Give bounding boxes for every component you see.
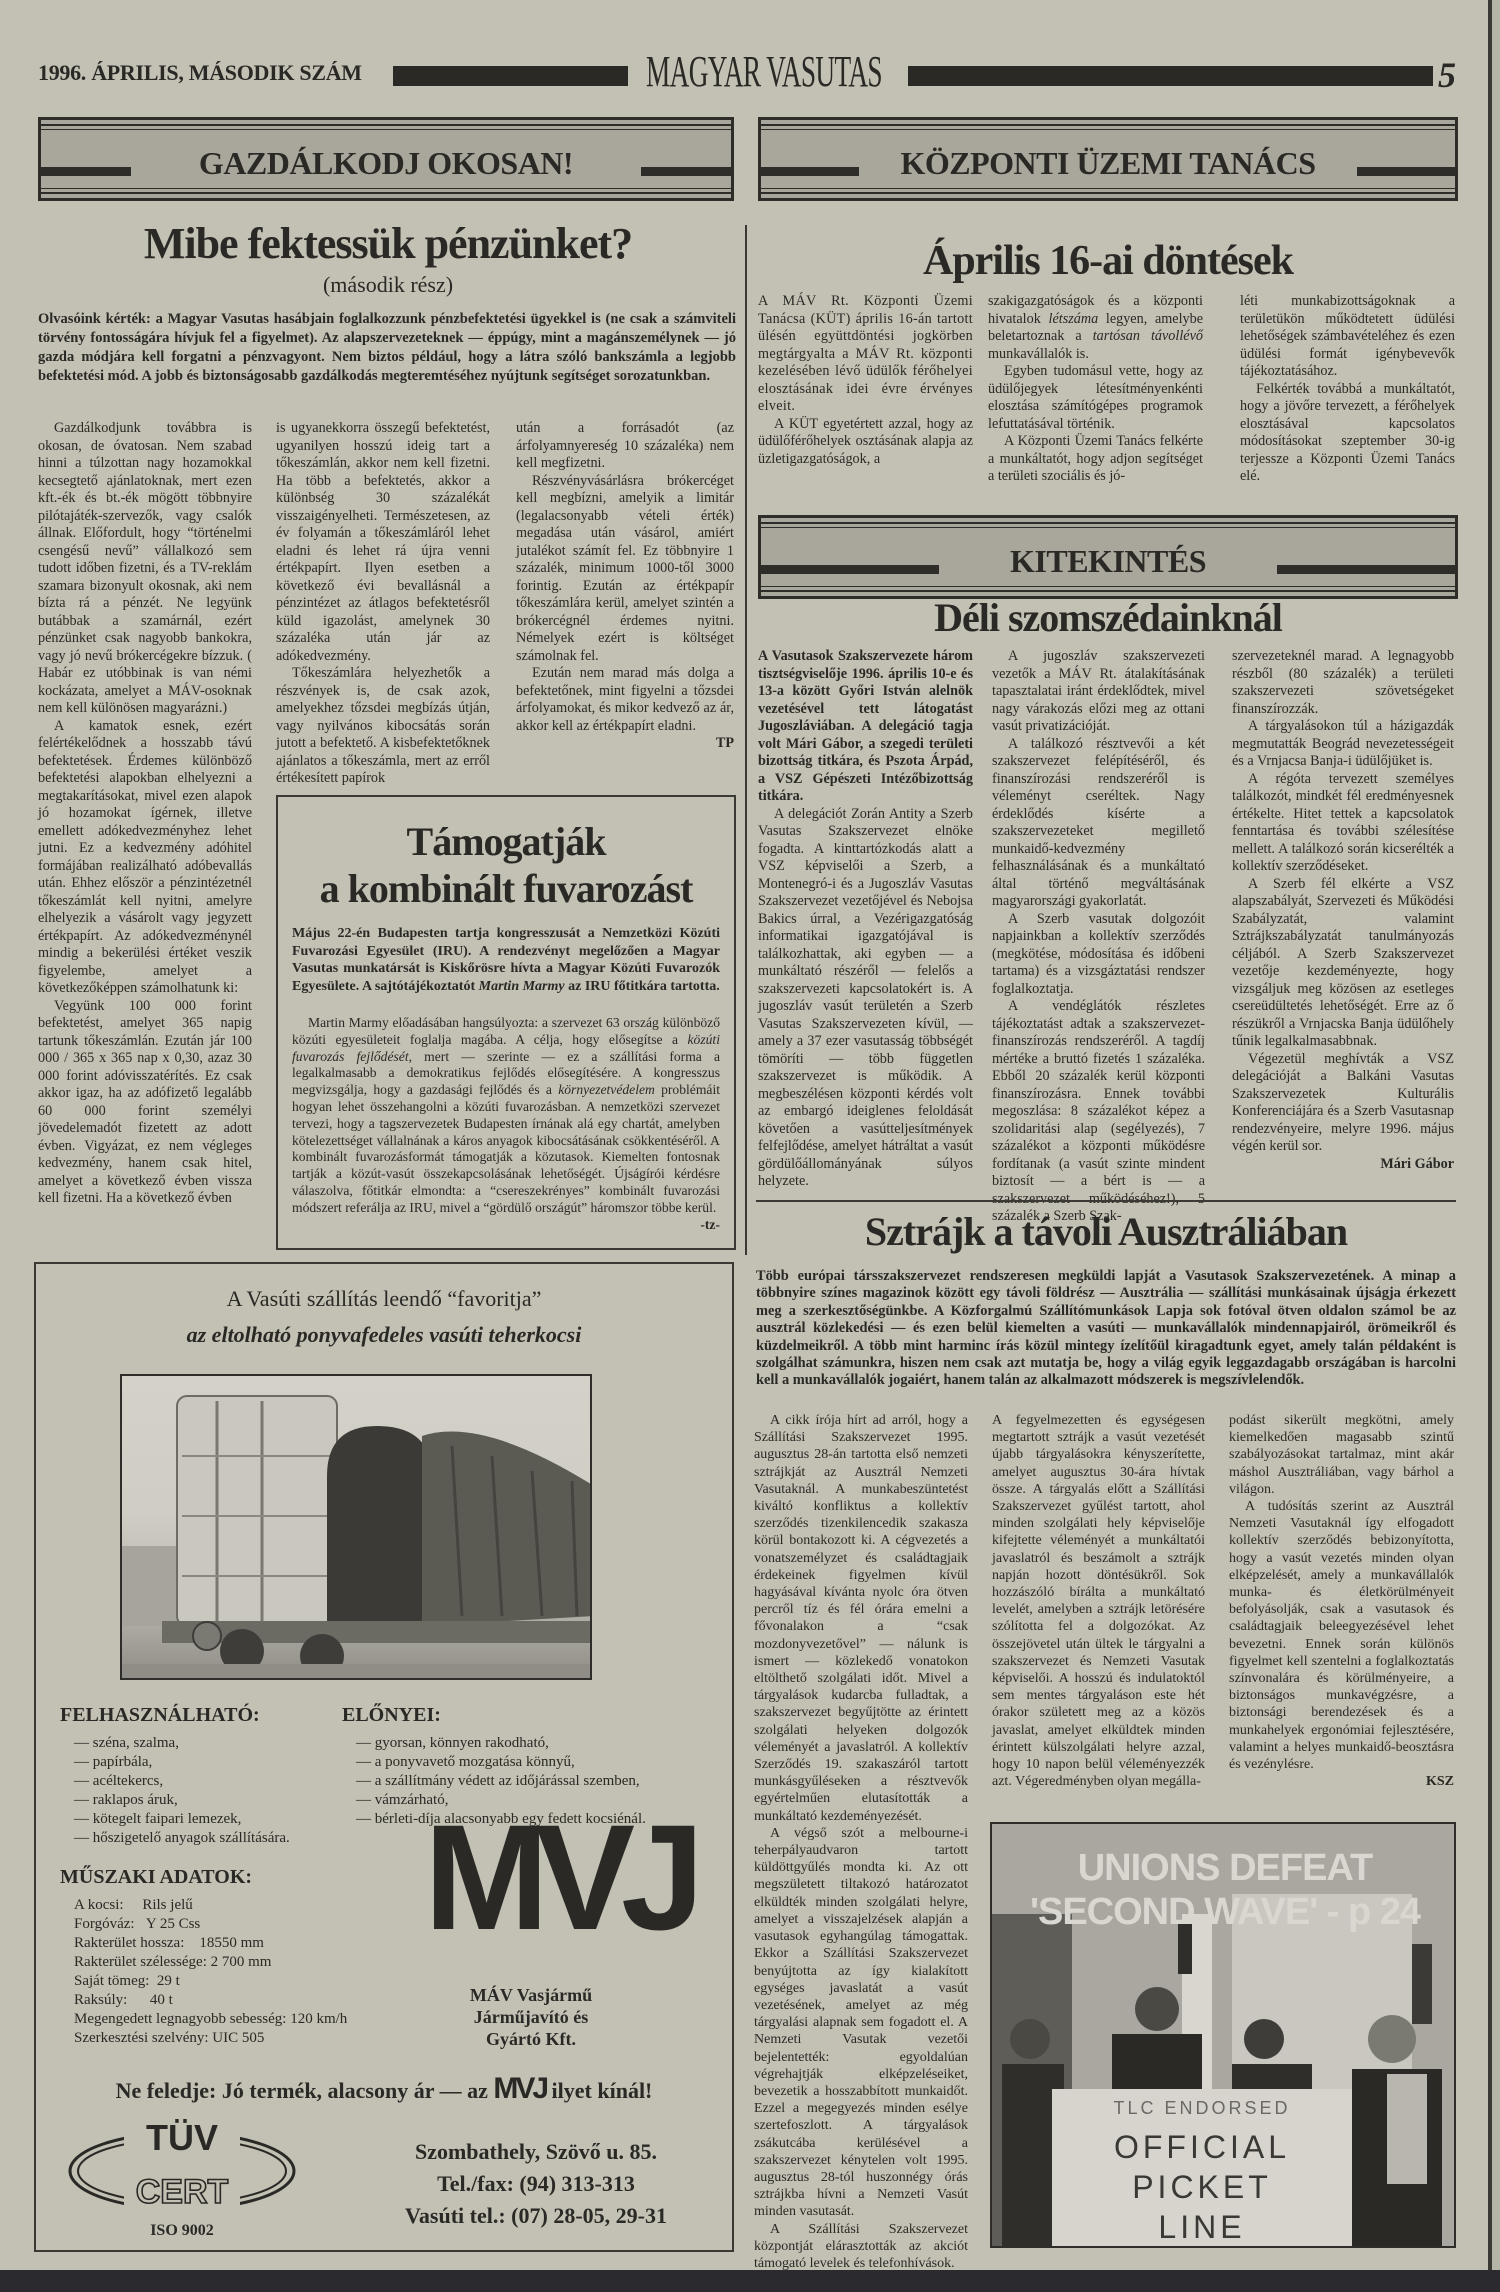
section-title: KITEKINTÉS <box>761 543 1455 580</box>
paragraph: léti munkabizottságoknak a területükön m… <box>1240 293 1455 381</box>
kut-column-2: szakigazgatóságok és a központi hivatalo… <box>988 293 1203 486</box>
page-bottom-edge <box>0 2270 1500 2292</box>
banner-bar <box>1277 565 1455 574</box>
spec-row: Saját tömeg: 29 t <box>74 1972 347 1991</box>
paragraph: A kamatok esnek, ezért felértékelődnek a… <box>38 718 252 998</box>
paragraph: podást sikerült megkötni, amely kiemelke… <box>1229 1412 1454 1498</box>
paragraph: A delegációt Zorán Antity a Szerb Vasuta… <box>758 806 973 1191</box>
spec-row: A kocsi: Rils jelű <box>74 1896 347 1915</box>
author-signature: Mári Gábor <box>1232 1156 1454 1174</box>
paragraph: A Szerb vasutak dolgozóit napjainkban a … <box>992 911 1205 999</box>
cert-top-text: TÜV <box>124 2118 240 2158</box>
advertisement-mvj: A Vasúti szállítás leendő “favoritja” az… <box>34 1262 734 2252</box>
section-title: KÖZPONTI ÜZEMI TANÁCS <box>761 145 1455 182</box>
spec-row: Rakterület szélessége: 2 700 mm <box>74 1953 347 1972</box>
section-divider <box>756 1200 1456 1202</box>
paragraph: Ezután nem marad más dolga a befektetőne… <box>516 665 734 735</box>
kut-column-3: léti munkabizottságoknak a területükön m… <box>1240 293 1455 486</box>
boxed-signature: -tz- <box>292 1217 720 1234</box>
banner-bar <box>1357 167 1455 176</box>
photo-headline: UNIONS DEFEAT 'SECOND WAVE' - p 24 <box>992 1846 1456 1934</box>
address: Szombathely, Szövő u. 85. <box>366 2136 706 2168</box>
newspaper-page: 1996. ÁPRILIS, MÁSODIK SZÁM MAGYAR VASUT… <box>0 0 1492 2270</box>
boxed-lead: Május 22-én Budapesten tartja kongresszu… <box>292 925 720 995</box>
rail-tel: Vasúti tel.: (07) 28-05, 29-31 <box>366 2200 706 2232</box>
strike-column-3: podást sikerült megkötni, amely kiemelke… <box>1229 1412 1454 1790</box>
paragraph: szervezeteknél marad. A legnagyobb részb… <box>1232 648 1454 718</box>
issue-date: 1996. ÁPRILIS, MÁSODIK SZÁM <box>38 60 362 86</box>
deli-headline: Déli szomszédainknál <box>758 598 1458 638</box>
list-item: acéltekercs, <box>74 1772 290 1791</box>
mvj-logo: MVJ <box>424 1802 690 1952</box>
spec-row: Forgóváz: Y 25 Css <box>74 1915 347 1934</box>
specs-list: A kocsi: Rils jelű Forgóváz: Y 25 Css Ra… <box>74 1896 347 2048</box>
contact-info: Szombathely, Szövő u. 85. Tel./fax: (94)… <box>366 2136 706 2232</box>
masthead-bar-right <box>908 66 1433 86</box>
newspaper-title: MAGYAR VASUTAS <box>646 46 882 97</box>
paragraph: A végső szót a melbourne-i teherpályaudv… <box>754 1825 968 2221</box>
usable-list: széna, szalma, papírbála, acéltekercs, r… <box>74 1734 290 1848</box>
spec-row: Megengedett legnagyobb sebesség: 120 km/… <box>74 2010 347 2029</box>
paragraph: A Szerb fél elkérte a VSZ alapszabályát,… <box>1232 876 1454 1051</box>
paragraph: A Központi Üzemi Tanács felkérte a munká… <box>988 433 1203 486</box>
tel-fax: Tel./fax: (94) 313-313 <box>366 2168 706 2200</box>
paragraph: is ugyanekkorra összegű befektetést, ugy… <box>276 420 490 665</box>
paragraph: A fegyelmezetten és egységesen megtartot… <box>992 1412 1205 1790</box>
paragraph: A cikk írója hírt ad arról, hogy a Száll… <box>754 1412 968 1825</box>
usable-heading: FELHASZNÁLHATÓ: <box>60 1704 260 1727</box>
paragraph: A KÜT egyetértett azzal, hogy az üdülőfé… <box>758 416 973 469</box>
article-column-2: is ugyanekkorra összegű befektetést, ugy… <box>276 420 490 788</box>
paragraph: A jugoszláv szakszervezeti vezetők a MÁV… <box>992 648 1205 736</box>
railcar-image-icon <box>122 1376 592 1680</box>
picket-sign: TLC ENDORSED OFFICIAL PICKET LINE <box>1052 2098 1352 2247</box>
section-banner-kut: KÖZPONTI ÜZEMI TANÁCS <box>758 117 1458 201</box>
paragraph: A vendéglátók részletes tájékoztatást ad… <box>992 998 1205 1226</box>
boxed-headline-line2: a kombinált fuvarozást <box>278 869 734 909</box>
list-item: széna, szalma, <box>74 1734 290 1753</box>
cert-bottom-text: CERT <box>120 2172 244 2212</box>
paragraph: Vegyünk 100 000 forint befektetést, amel… <box>38 998 252 1208</box>
boxed-article: Támogatják a kombinált fuvarozást Május … <box>276 795 736 1250</box>
paragraph: A tárgyalásokon túl a házigazdák megmuta… <box>1232 718 1454 771</box>
article-column-3: után a forrásadót (az árfolyamnyereség 1… <box>516 420 734 753</box>
spec-row: Raksúly: 40 t <box>74 1991 347 2010</box>
masthead: 1996. ÁPRILIS, MÁSODIK SZÁM MAGYAR VASUT… <box>38 52 1458 92</box>
paragraph: szakigazgatóságok és a központi hivatalo… <box>988 293 1203 363</box>
paragraph: Végezetül meghívták a VSZ delegációját a… <box>1232 1051 1454 1156</box>
section-title: GAZDÁLKODJ OKOSAN! <box>41 145 731 182</box>
article-subtitle: (második rész) <box>38 272 738 298</box>
article-headline: Mibe fektessük pénzünket? <box>38 222 738 266</box>
boxed-body: Martin Marmy előadásában hangsúlyozta: a… <box>292 1015 720 1233</box>
tuv-cert-logo: TÜV CERT <box>62 2116 302 2216</box>
spec-row: Szerkesztési szelvény: UIC 505 <box>74 2029 347 2048</box>
deli-column-2: A jugoszláv szakszervezeti vezetők a MÁV… <box>992 648 1205 1226</box>
article-lead: Olvasóink kérték: a Magyar Vasutas hasáb… <box>38 310 736 386</box>
list-item: papírbála, <box>74 1753 290 1772</box>
page-number: 5 <box>1438 54 1456 96</box>
paragraph: után a forrásadót (az árfolyamnyereség 1… <box>516 420 734 473</box>
paragraph: A találkozó résztvevői a két szakszervez… <box>992 736 1205 911</box>
banner-bar <box>641 167 731 176</box>
paragraph: Egyben tudomásul vette, hogy az üdülőjeg… <box>988 363 1203 433</box>
list-item: gyorsan, könnyen rakodható, <box>356 1734 646 1753</box>
paragraph: A régóta tervezett személyes találkozót,… <box>1232 771 1454 876</box>
kut-column-1: A MÁV Rt. Központi Üzemi Tanácsa (KÜT) á… <box>758 293 973 468</box>
list-item: hőszigetelő anyagok szállítására. <box>74 1829 290 1848</box>
list-item: raklapos áruk, <box>74 1791 290 1810</box>
strike-column-1: A cikk írója hírt ad arról, hogy a Száll… <box>754 1412 968 2272</box>
list-item: a ponyvavető mozgatása könnyű, <box>356 1753 646 1772</box>
ad-subtitle: az eltolható ponyvafedeles vasúti teherk… <box>36 1322 732 1348</box>
paragraph: Részvényvásárlásra brókercéget kell megb… <box>516 473 734 666</box>
ad-title: A Vasúti szállítás leendő “favoritja” <box>36 1286 732 1312</box>
advantages-heading: ELŐNYEI: <box>342 1704 441 1727</box>
strike-headline: Sztrájk a távoli Ausztráliában <box>756 1212 1456 1252</box>
paragraph: A Vasutasok Szakszervezete három tisztsé… <box>758 648 973 806</box>
paragraph: A Szállítási Szakszervezet központját el… <box>754 2221 968 2273</box>
list-item: kötegelt faipari lemezek, <box>74 1810 290 1829</box>
paragraph: Felkérték továbbá a munkáltatót, hogy a … <box>1240 381 1455 486</box>
picket-line-photo: UNIONS DEFEAT 'SECOND WAVE' - p 24 TLC E… <box>990 1822 1456 2248</box>
railcar-photo <box>120 1374 592 1680</box>
section-banner-kitekintes: KITEKINTÉS <box>758 515 1458 599</box>
paragraph: A MÁV Rt. Központi Üzemi Tanácsa (KÜT) á… <box>758 293 973 416</box>
author-signature: KSZ <box>1229 1773 1454 1790</box>
column-divider <box>745 225 747 1255</box>
article-column-1: Gazdálkodjunk továbbra is okosan, de óva… <box>38 420 252 1208</box>
iso-label: ISO 9002 <box>132 2222 232 2240</box>
boxed-headline-line1: Támogatják <box>278 822 734 862</box>
kut-headline: Április 16-ai döntések <box>758 240 1458 282</box>
masthead-bar-left <box>393 66 628 86</box>
company-name: MÁV Vasjármű Járműjavító és Gyártó Kft. <box>436 1984 626 2050</box>
deli-column-1: A Vasutasok Szakszervezete három tisztsé… <box>758 648 973 1191</box>
specs-heading: MŰSZAKI ADATOK: <box>60 1866 252 1889</box>
list-item: a szállítmány védett az időjárással szem… <box>356 1772 646 1791</box>
deli-column-3: szervezeteknél marad. A legnagyobb részb… <box>1232 648 1454 1173</box>
section-banner-gazdalkodj: GAZDÁLKODJ OKOSAN! <box>38 117 734 201</box>
paragraph: A tudósítás szerint az Ausztrál Nemzeti … <box>1229 1498 1454 1773</box>
spec-row: Rakterület hossza: 18550 mm <box>74 1934 347 1953</box>
paragraph: Gazdálkodjunk továbbra is okosan, de óva… <box>38 420 252 718</box>
strike-lead: Több európai társszakszervezet rendszere… <box>756 1268 1456 1390</box>
author-signature: TP <box>516 735 734 753</box>
mvj-logo-small: MVJ <box>493 2072 546 2105</box>
strike-column-2: A fegyelmezetten és egységesen megtartot… <box>992 1412 1205 1790</box>
paragraph: Tőkeszámlára helyezhetők a részvények is… <box>276 665 490 788</box>
ad-slogan: Ne feledje: Jó termék, alacsony ár — az … <box>36 2072 732 2106</box>
